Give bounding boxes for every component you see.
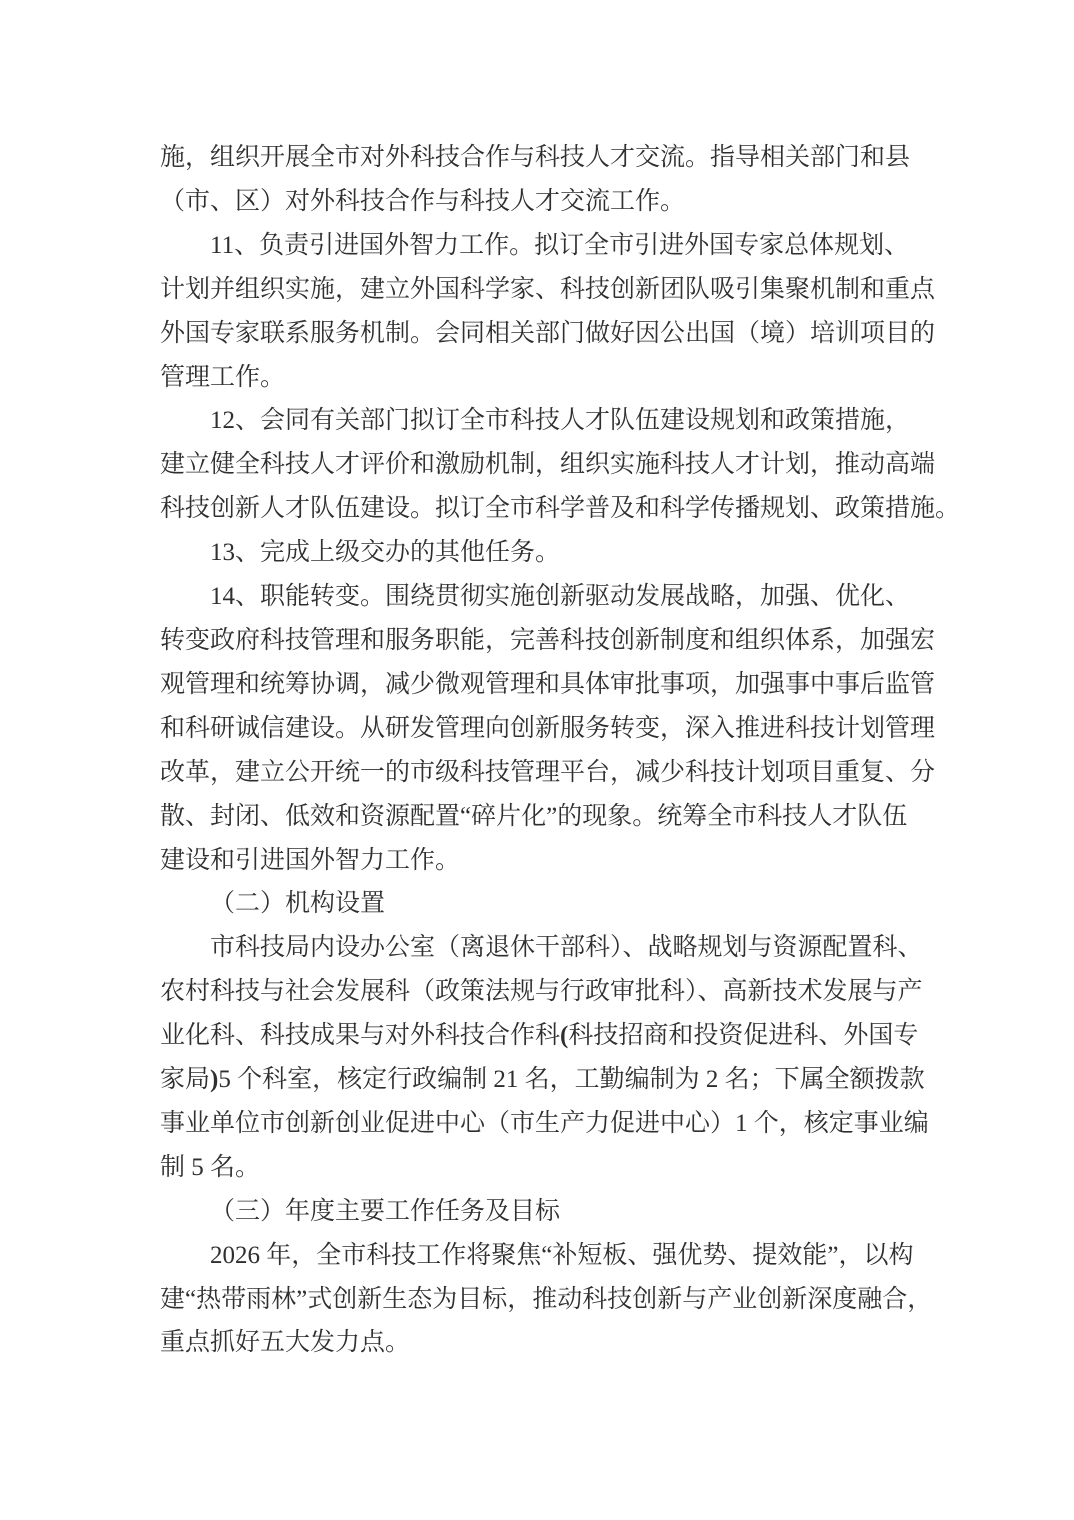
list-item-11-start: 11、负责引进国外智力工作。拟订全市引进外国专家总体规划、 — [160, 224, 966, 268]
text-segment: 家局 — [160, 1066, 210, 1093]
text-line: （市、区）对外科技合作与科技人才交流工作。 — [160, 180, 966, 224]
text-line: 制 5 名。 — [160, 1146, 966, 1190]
text-segment: 科技招商和投资促进科、外国专 — [568, 1022, 918, 1049]
text-line: 建立健全科技人才评价和激励机制，组织实施科技人才计划，推动高端 — [160, 443, 966, 487]
text-line: 转变政府科技管理和服务职能，完善科技创新制度和组织体系，加强宏 — [160, 619, 966, 663]
text-line: 计划并组织实施，建立外国科学家、科技创新团队吸引集聚机制和重点 — [160, 268, 966, 312]
document-page: 施，组织开展全市对外科技合作与科技人才交流。指导相关部门和县 （市、区）对外科技… — [0, 0, 1074, 1520]
text-line: 散、封闭、低效和资源配置“碎片化”的现象。统筹全市科技人才队伍 — [160, 795, 966, 839]
section-heading-organization: （二）机构设置 — [160, 882, 966, 926]
text-line: 家局)5 个科室，核定行政编制 21 名，工勤编制为 2 名；下属全额拨款 — [160, 1058, 966, 1102]
text-line: 业化科、科技成果与对外科技合作科(科技招商和投资促进科、外国专 — [160, 1014, 966, 1058]
text-segment: 业化科、科技成果与对外科技合作科 — [160, 1022, 560, 1049]
text-line: 建“热带雨林”式创新生态为目标，推动科技创新与产业创新深度融合， — [160, 1278, 966, 1322]
text-line: 管理工作。 — [160, 356, 966, 400]
paragraph-2026-start: 2026 年，全市科技工作将聚焦“补短板、强优势、提效能”，以构 — [160, 1234, 966, 1278]
list-item-14-start: 14、职能转变。围绕贯彻实施创新驱动发展战略，加强、优化、 — [160, 575, 966, 619]
list-item-13-start: 13、完成上级交办的其他任务。 — [160, 531, 966, 575]
text-line: 建设和引进国外智力工作。 — [160, 839, 966, 883]
text-line: 农村科技与社会发展科（政策法规与行政审批科）、高新技术发展与产 — [160, 970, 966, 1014]
text-segment: 5 个科室，核定行政编制 21 名，工勤编制为 2 名；下属全额拨款 — [218, 1066, 924, 1093]
text-line: 事业单位市创新创业促进中心（市生产力促进中心）1 个，核定事业编 — [160, 1102, 966, 1146]
text-line: 和科研诚信建设。从研发管理向创新服务转变，深入推进科技计划管理 — [160, 707, 966, 751]
section-heading-annual-tasks: （三）年度主要工作任务及目标 — [160, 1190, 966, 1234]
text-line: 观管理和统筹协调，减少微观管理和具体审批事项，加强事中事后监管 — [160, 663, 966, 707]
document-body: 施，组织开展全市对外科技合作与科技人才交流。指导相关部门和县 （市、区）对外科技… — [160, 136, 966, 1365]
paragraph-organization-start: 市科技局内设办公室（离退休干部科）、战略规划与资源配置科、 — [160, 926, 966, 970]
text-line: 改革，建立公开统一的市级科技管理平台，减少科技计划项目重复、分 — [160, 751, 966, 795]
text-line: 科技创新人才队伍建设。拟订全市科学普及和科学传播规划、政策措施。 — [160, 487, 966, 531]
text-line: 外国专家联系服务机制。会同相关部门做好因公出国（境）培训项目的 — [160, 312, 966, 356]
text-line: 重点抓好五大发力点。 — [160, 1321, 966, 1365]
text-line: 施，组织开展全市对外科技合作与科技人才交流。指导相关部门和县 — [160, 136, 966, 180]
list-item-12-start: 12、会同有关部门拟订全市科技人才队伍建设规划和政策措施， — [160, 399, 966, 443]
